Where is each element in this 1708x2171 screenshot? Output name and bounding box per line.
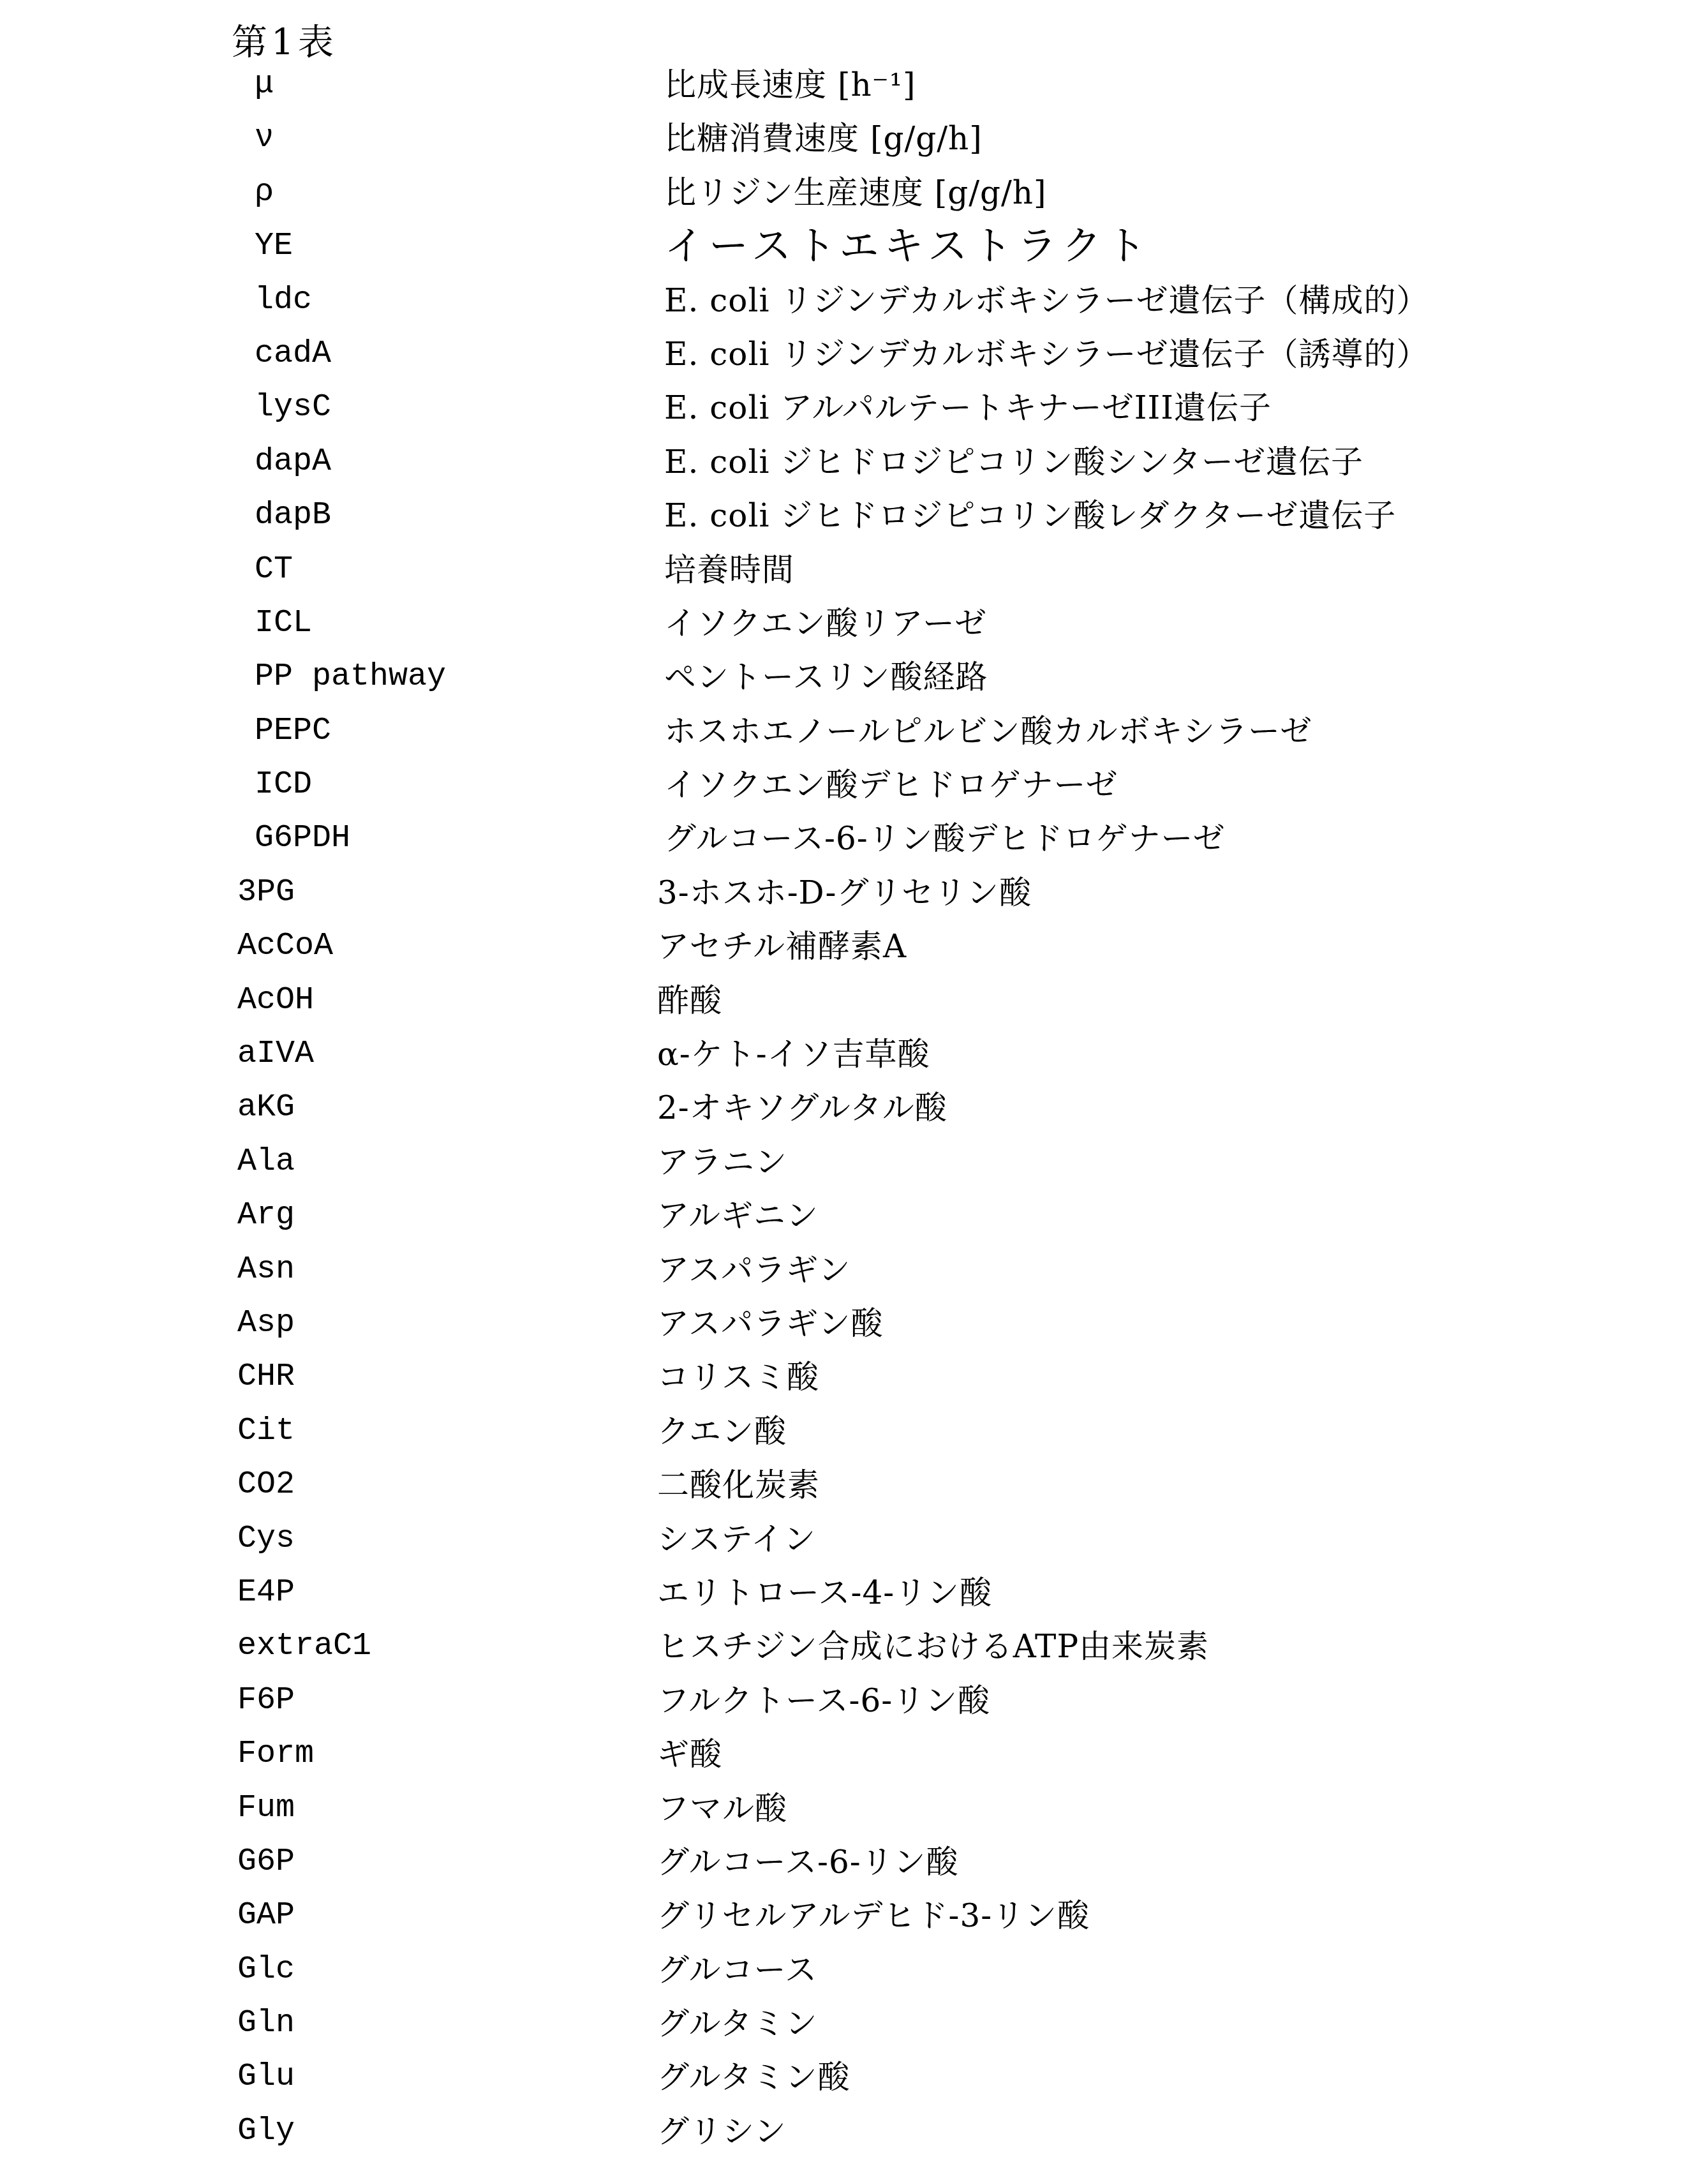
table-row: G6P グルコース-6-リン酸 [0,1835,1708,1889]
abbreviation-label: ν [255,112,274,165]
abbreviation-label: 3PG [237,866,295,920]
definition-text: イソクエン酸リアーゼ [664,597,987,650]
abbreviation-label: dapA [255,435,331,489]
definition-text: フマル酸 [657,1782,787,1835]
table-row: cadA E. coli リジンデカルボキシラーゼ遺伝子（誘導的） [0,327,1708,381]
table-row: PEPC ホスホエノールピルビン酸カルボキシラーゼ [0,705,1708,758]
table-row: 3PG 3-ホスホ-D-グリセリン酸 [0,866,1708,920]
definition-text: クエン酸 [657,1405,787,1458]
definition-text: ペントースリン酸経路 [664,650,988,704]
definition-text: アラニン [657,1135,787,1189]
document-page: 第1表 μ 比成長速度 [h⁻¹] ν 比糖消費速度 [g/g/h] ρ 比リジ… [0,0,1708,2171]
table-row: μ 比成長速度 [h⁻¹] [0,58,1708,112]
table-row: aIVA α-ケト-イソ吉草酸 [0,1027,1708,1081]
table-row: CO2 二酸化炭素 [0,1458,1708,1512]
table-row: Ala アラニン [0,1135,1708,1189]
table-row: Fum フマル酸 [0,1782,1708,1835]
table-row: Form ギ酸 [0,1727,1708,1781]
table-row: Arg アルギニン [0,1189,1708,1242]
table-row: Glc グルコース [0,1943,1708,1997]
table-row: E4P エリトロース-4-リン酸 [0,1566,1708,1620]
table-title: 第1表 [232,14,338,65]
table-row: PP pathway ペントースリン酸経路 [0,650,1708,704]
definition-text: ヒスチジン合成におけるATP由来炭素 [657,1620,1209,1673]
definition-text: アスパラギン酸 [657,1297,884,1350]
abbreviation-label: aKG [237,1081,295,1135]
abbreviation-label: lysC [255,381,331,435]
table-row: aKG 2-オキソグルタル酸 [0,1081,1708,1135]
abbreviation-label: Gly [237,2105,295,2158]
abbreviation-label: PEPC [255,705,331,758]
abbreviation-label: Cit [237,1405,295,1458]
abbreviation-label: μ [255,58,274,112]
abbreviation-label: F6P [237,1674,295,1727]
abbreviation-label: ICD [255,758,312,812]
table-row: F6P フルクトース-6-リン酸 [0,1674,1708,1727]
abbreviation-label: CHR [237,1350,295,1404]
definition-text: E. coli リジンデカルボキシラーゼ遺伝子（構成的） [664,274,1429,327]
table-row: CHR コリスミ酸 [0,1350,1708,1404]
definition-text: 酢酸 [657,974,722,1027]
table-row: dapB E. coli ジヒドロジピコリン酸レダクターゼ遺伝子 [0,489,1708,542]
abbreviation-label: Gln [237,1997,295,2050]
table-row: ICL イソクエン酸リアーゼ [0,597,1708,650]
definition-text: グルタミン酸 [657,2050,850,2104]
definition-text: E. coli アルパルテートキナーゼIII遺伝子 [664,381,1272,435]
abbreviation-label: ICL [255,597,312,650]
definition-text: フルクトース-6-リン酸 [657,1674,990,1727]
definition-text: システイン [657,1512,816,1566]
abbreviation-label: ldc [255,274,312,327]
abbreviation-label: AcOH [237,974,314,1027]
definition-text: グリセルアルデヒド-3-リン酸 [657,1889,1090,1943]
definition-text: イーストエキストラクト [664,220,1151,273]
abbreviation-label: E4P [237,1566,295,1620]
definition-text: E. coli ジヒドロジピコリン酸シンターゼ遺伝子 [664,435,1363,489]
table-row: Cys システイン [0,1512,1708,1566]
table-row: AcOH 酢酸 [0,974,1708,1027]
table-row: ICD イソクエン酸デヒドロゲナーゼ [0,758,1708,812]
definition-text: グルコース-6-リン酸デヒドロゲナーゼ [664,812,1226,865]
abbreviation-label: G6PDH [255,812,350,865]
definition-text: ホスホエノールピルビン酸カルボキシラーゼ [664,705,1312,758]
table-row: Asp アスパラギン酸 [0,1297,1708,1350]
abbreviation-label: extraC1 [237,1620,371,1673]
definition-text: ギ酸 [657,1727,722,1781]
abbreviation-label: Arg [237,1189,295,1242]
table-row: GAP グリセルアルデヒド-3-リン酸 [0,1889,1708,1943]
abbreviation-label: Asn [237,1243,295,1297]
abbreviation-label: Ala [237,1135,295,1189]
definition-text: 二酸化炭素 [657,1458,820,1512]
table-row: AcCoA アセチル補酵素A [0,920,1708,973]
abbreviation-label: PP pathway [255,650,446,704]
table-row: Glu グルタミン酸 [0,2050,1708,2104]
definition-text: E. coli ジヒドロジピコリン酸レダクターゼ遺伝子 [664,489,1396,542]
table-row: Gly グリシン [0,2105,1708,2158]
abbreviation-label: dapB [255,489,331,542]
abbreviation-label: Asp [237,1297,295,1350]
definition-text: エリトロース-4-リン酸 [657,1566,992,1620]
table-row: extraC1 ヒスチジン合成におけるATP由来炭素 [0,1620,1708,1673]
definition-text: コリスミ酸 [657,1350,819,1404]
abbreviation-label: Cys [237,1512,295,1566]
table-row: Asn アスパラギン [0,1243,1708,1297]
abbreviation-table: μ 比成長速度 [h⁻¹] ν 比糖消費速度 [g/g/h] ρ 比リジン生産速… [0,58,1708,2158]
definition-text: 2-オキソグルタル酸 [657,1081,947,1135]
abbreviation-label: YE [255,220,293,273]
table-row: dapA E. coli ジヒドロジピコリン酸シンターゼ遺伝子 [0,435,1708,489]
abbreviation-label: CT [255,543,293,597]
definition-text: 3-ホスホ-D-グリセリン酸 [657,866,1032,920]
abbreviation-label: Fum [237,1782,295,1835]
table-row: lysC E. coli アルパルテートキナーゼIII遺伝子 [0,381,1708,435]
definition-text: E. coli リジンデカルボキシラーゼ遺伝子（誘導的） [664,327,1429,381]
definition-text: 比リジン生産速度 [g/g/h] [664,166,1047,220]
abbreviation-label: G6P [237,1835,295,1889]
definition-text: グリシン [657,2105,787,2158]
definition-text: α-ケト-イソ吉草酸 [657,1027,930,1081]
abbreviation-label: GAP [237,1889,295,1943]
definition-text: イソクエン酸デヒドロゲナーゼ [664,758,1118,812]
definition-text: 比糖消費速度 [g/g/h] [664,112,983,165]
definition-text: グルコース [657,1943,817,1997]
table-row: G6PDH グルコース-6-リン酸デヒドロゲナーゼ [0,812,1708,865]
table-row: CT 培養時間 [0,543,1708,597]
table-row: YE イーストエキストラクト [0,220,1708,273]
abbreviation-label: Glu [237,2050,295,2104]
definition-text: 培養時間 [664,543,794,597]
abbreviation-label: CO2 [237,1458,295,1512]
table-row: ρ 比リジン生産速度 [g/g/h] [0,166,1708,220]
table-row: Cit クエン酸 [0,1405,1708,1458]
abbreviation-label: aIVA [237,1027,314,1081]
abbreviation-label: ρ [255,166,274,220]
definition-text: グルコース-6-リン酸 [657,1835,959,1889]
table-row: Gln グルタミン [0,1997,1708,2050]
abbreviation-label: AcCoA [237,920,333,973]
definition-text: アルギニン [657,1189,819,1242]
abbreviation-label: Glc [237,1943,295,1997]
table-row: ldc E. coli リジンデカルボキシラーゼ遺伝子（構成的） [0,274,1708,327]
abbreviation-label: cadA [255,327,331,381]
definition-text: アスパラギン [657,1243,851,1297]
abbreviation-label: Form [237,1727,314,1781]
definition-text: 比成長速度 [h⁻¹] [664,58,916,112]
table-row: ν 比糖消費速度 [g/g/h] [0,112,1708,165]
definition-text: グルタミン [657,1997,818,2050]
definition-text: アセチル補酵素A [657,920,907,973]
